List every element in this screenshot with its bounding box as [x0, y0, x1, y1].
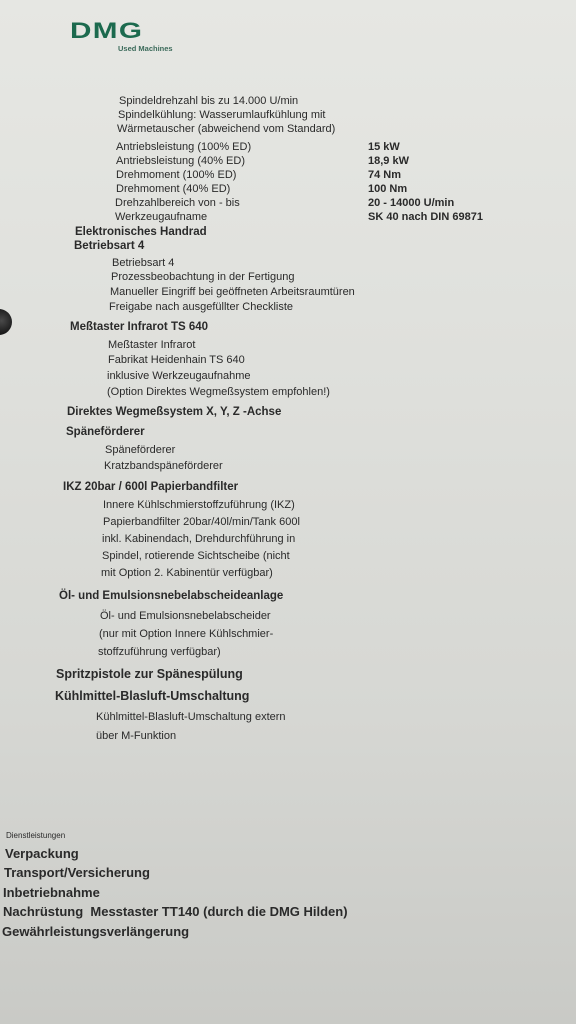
section-line: Öl- und Emulsionsnebelabscheider: [100, 609, 271, 623]
section-line: Papierbandfilter 20bar/40l/min/Tank 600l: [103, 515, 300, 529]
spec-label: Antriebsleistung (40% ED): [116, 154, 245, 168]
spec-label: Drehmoment (40% ED): [116, 182, 230, 196]
spec-label: Antriebsleistung (100% ED): [116, 140, 251, 154]
section-line: Kratzbandspäneförderer: [104, 459, 223, 473]
section-title: Kühlmittel-Blasluft-Umschaltung: [55, 689, 249, 703]
section-line: Meßtaster Infrarot: [108, 338, 195, 352]
section-title: Meßtaster Infrarot TS 640: [70, 320, 208, 334]
section-line: Manueller Eingriff bei geöffneten Arbeit…: [110, 285, 355, 299]
service-item: Transport/Versicherung: [4, 866, 150, 880]
service-item: Verpackung: [5, 847, 79, 861]
spec-value: 100 Nm: [368, 182, 407, 196]
logo-subtitle: Used Machines: [118, 44, 173, 53]
section-title: Späneförderer: [66, 425, 145, 439]
spindle-line: Wärmetauscher (abweichend vom Standard): [117, 122, 335, 136]
section-title: Spritzpistole zur Spänespülung: [56, 667, 243, 681]
section-line: Betriebsart 4: [112, 256, 174, 270]
spec-value: SK 40 nach DIN 69871: [368, 210, 483, 224]
section-line: über M-Funktion: [96, 729, 176, 743]
punch-hole: [0, 309, 12, 335]
spindle-line: Spindeldrehzahl bis zu 14.000 U/min: [119, 94, 298, 108]
section-title: IKZ 20bar / 600l Papierbandfilter: [63, 480, 238, 494]
spec-value: 15 kW: [368, 140, 400, 154]
spec-value: 74 Nm: [368, 168, 401, 182]
service-item: Gewährleistungsverlängerung: [2, 925, 189, 939]
service-item: Nachrüstung Messtaster TT140 (durch die …: [3, 905, 348, 919]
spec-label: Werkzeugaufname: [115, 210, 207, 224]
service-item: Inbetriebnahme: [3, 886, 100, 900]
section-line: Spindel, rotierende Sichtscheibe (nicht: [102, 549, 290, 563]
dmg-logo: DMG Used Machines: [70, 20, 124, 42]
section-line: Späneförderer: [105, 443, 175, 457]
spindle-line: Spindelkühlung: Wasserumlaufkühlung mit: [118, 108, 325, 122]
section-title: Direktes Wegmeßsystem X, Y, Z -Achse: [67, 405, 281, 419]
section-title: Betriebsart 4: [74, 239, 144, 253]
logo-mark: DMG: [70, 20, 143, 42]
section-line: Prozessbeobachtung in der Fertigung: [111, 270, 294, 284]
services-heading: Dienstleistungen: [6, 829, 65, 843]
section-line: Freigabe nach ausgefüllter Checkliste: [109, 300, 293, 314]
section-line: (Option Direktes Wegmeßsystem empfohlen!…: [107, 385, 330, 399]
spec-label: Drehmoment (100% ED): [116, 168, 236, 182]
section-line: (nur mit Option Innere Kühlschmier-: [99, 627, 273, 641]
section-line: Fabrikat Heidenhain TS 640: [108, 353, 245, 367]
document-page: DMG Used Machines Spindeldrehzahl bis zu…: [0, 0, 576, 1024]
section-line: stoffzuführung verfügbar): [98, 645, 221, 659]
section-line: Innere Kühlschmierstoffzuführung (IKZ): [103, 498, 295, 512]
section-title: Öl- und Emulsionsnebelabscheideanlage: [59, 589, 283, 603]
section-line: Kühlmittel-Blasluft-Umschaltung extern: [96, 710, 286, 724]
section-line: inklusive Werkzeugaufnahme: [107, 369, 250, 383]
section-line: mit Option 2. Kabinentür verfügbar): [101, 566, 273, 580]
section-line: inkl. Kabinendach, Drehdurchführung in: [102, 532, 295, 546]
spec-value: 18,9 kW: [368, 154, 409, 168]
section-title: Elektronisches Handrad: [75, 225, 207, 239]
spec-value: 20 - 14000 U/min: [368, 196, 454, 210]
spec-label: Drehzahlbereich von - bis: [115, 196, 240, 210]
